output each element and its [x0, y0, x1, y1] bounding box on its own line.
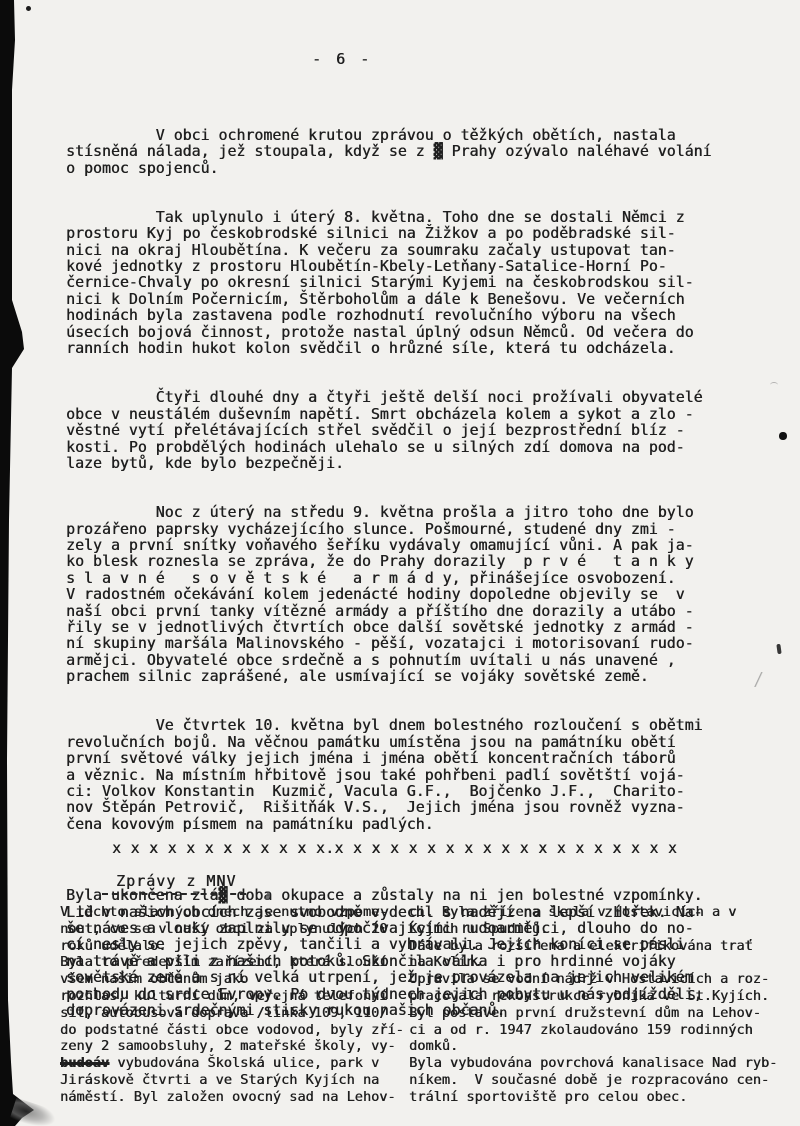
paragraph-3: Čtyři dlouhé dny a čtyři ještě delší noc… [66, 389, 711, 471]
section-heading-text: Zprávy z MNV [116, 872, 236, 890]
scanned-document-page: - 6 - V obci ochromené krutou zprávou o … [0, 0, 800, 1126]
column-left: V těchto slavných dnech je nutno vzpome-… [60, 904, 404, 1106]
page-number: - 6 - [312, 50, 372, 68]
column-left-text: V těchto slavných dnech je nutno vzpome-… [60, 904, 404, 1054]
scan-edge-artifact [0, 0, 40, 1126]
scan-speck-arc [770, 382, 778, 388]
column-right: ci. Byla zřízena škola v Hostavicích a v… [409, 904, 777, 1106]
paragraph-4: Noc z úterý na středu 9. května prošla a… [66, 504, 711, 684]
ink-speck-tick [776, 644, 781, 654]
struck-word: budoáv [60, 1055, 109, 1071]
x-row-divider: x x x x x x x x x x x x.x x x x x x x x … [112, 839, 677, 857]
paragraph-2: Tak uplynulo i úterý 8. května. Toho dne… [66, 209, 711, 357]
paragraph-1: V obci ochromené krutou zprávou o těžkýc… [66, 127, 711, 176]
column-left-text-continued: vybudována Školská ulice, park v Jirásko… [60, 1055, 396, 1105]
scan-speck-top-left [26, 6, 31, 11]
paragraph-5: Ve čtvrtek 10. května byl dnem bolestnéh… [66, 717, 711, 832]
section-heading: Zprávy z MNV [102, 872, 246, 895]
scan-scratch [750, 672, 767, 687]
ink-speck-dot [779, 432, 787, 440]
